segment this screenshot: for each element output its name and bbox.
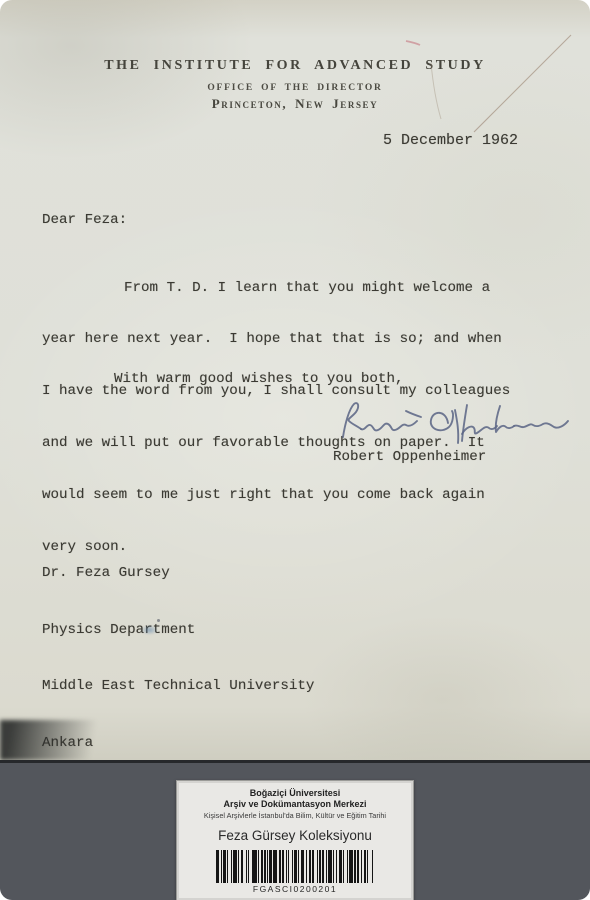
- ink-dot: [157, 619, 160, 622]
- archive-label: Boğaziçi Üniversitesi Arşiv ve Dokümanta…: [176, 780, 414, 900]
- body-line: year here next year. I hope that that is…: [42, 331, 510, 348]
- scan-background: Boğaziçi Üniversitesi Arşiv ve Dokümanta…: [0, 760, 590, 900]
- barcode-number: FGASCI0200201: [177, 884, 413, 894]
- letter-paper: THE INSTITUTE FOR ADVANCED STUDY OFFICE …: [0, 0, 590, 760]
- letterhead-institution: THE INSTITUTE FOR ADVANCED STUDY: [0, 58, 590, 74]
- scanned-letter-page: THE INSTITUTE FOR ADVANCED STUDY OFFICE …: [0, 0, 590, 900]
- closing-line: With warm good wishes to you both,: [114, 371, 403, 387]
- address-line: Middle East Technical University: [42, 677, 314, 696]
- typed-signature-name: Robert Oppenheimer: [333, 449, 486, 465]
- archive-center: Arşiv ve Dokümantasyon Merkezi: [177, 799, 413, 809]
- address-line: Physics Department: [42, 621, 314, 640]
- ink-smudge: [141, 625, 158, 635]
- letterhead-office: OFFICE OF THE DIRECTOR: [0, 83, 590, 93]
- handwritten-signature: [336, 397, 570, 449]
- body-line: From T. D. I learn that you might welcom…: [42, 280, 510, 297]
- archive-project: Kişisel Arşivlerle İstanbul'da Bilim, Kü…: [177, 811, 413, 820]
- archive-university: Boğaziçi Üniversitesi: [177, 788, 413, 798]
- barcode: [205, 850, 385, 883]
- letter-date: 5 December 1962: [383, 132, 518, 149]
- paper-edge-shadow: [0, 720, 150, 760]
- collection-name: Feza Gürsey Koleksiyonu: [177, 828, 413, 843]
- letterhead-location: Princeton, New Jersey: [0, 96, 590, 112]
- address-line: Dr. Feza Gursey: [42, 564, 314, 583]
- body-line: would seem to me just right that you com…: [42, 487, 510, 504]
- salutation: Dear Feza:: [42, 212, 127, 228]
